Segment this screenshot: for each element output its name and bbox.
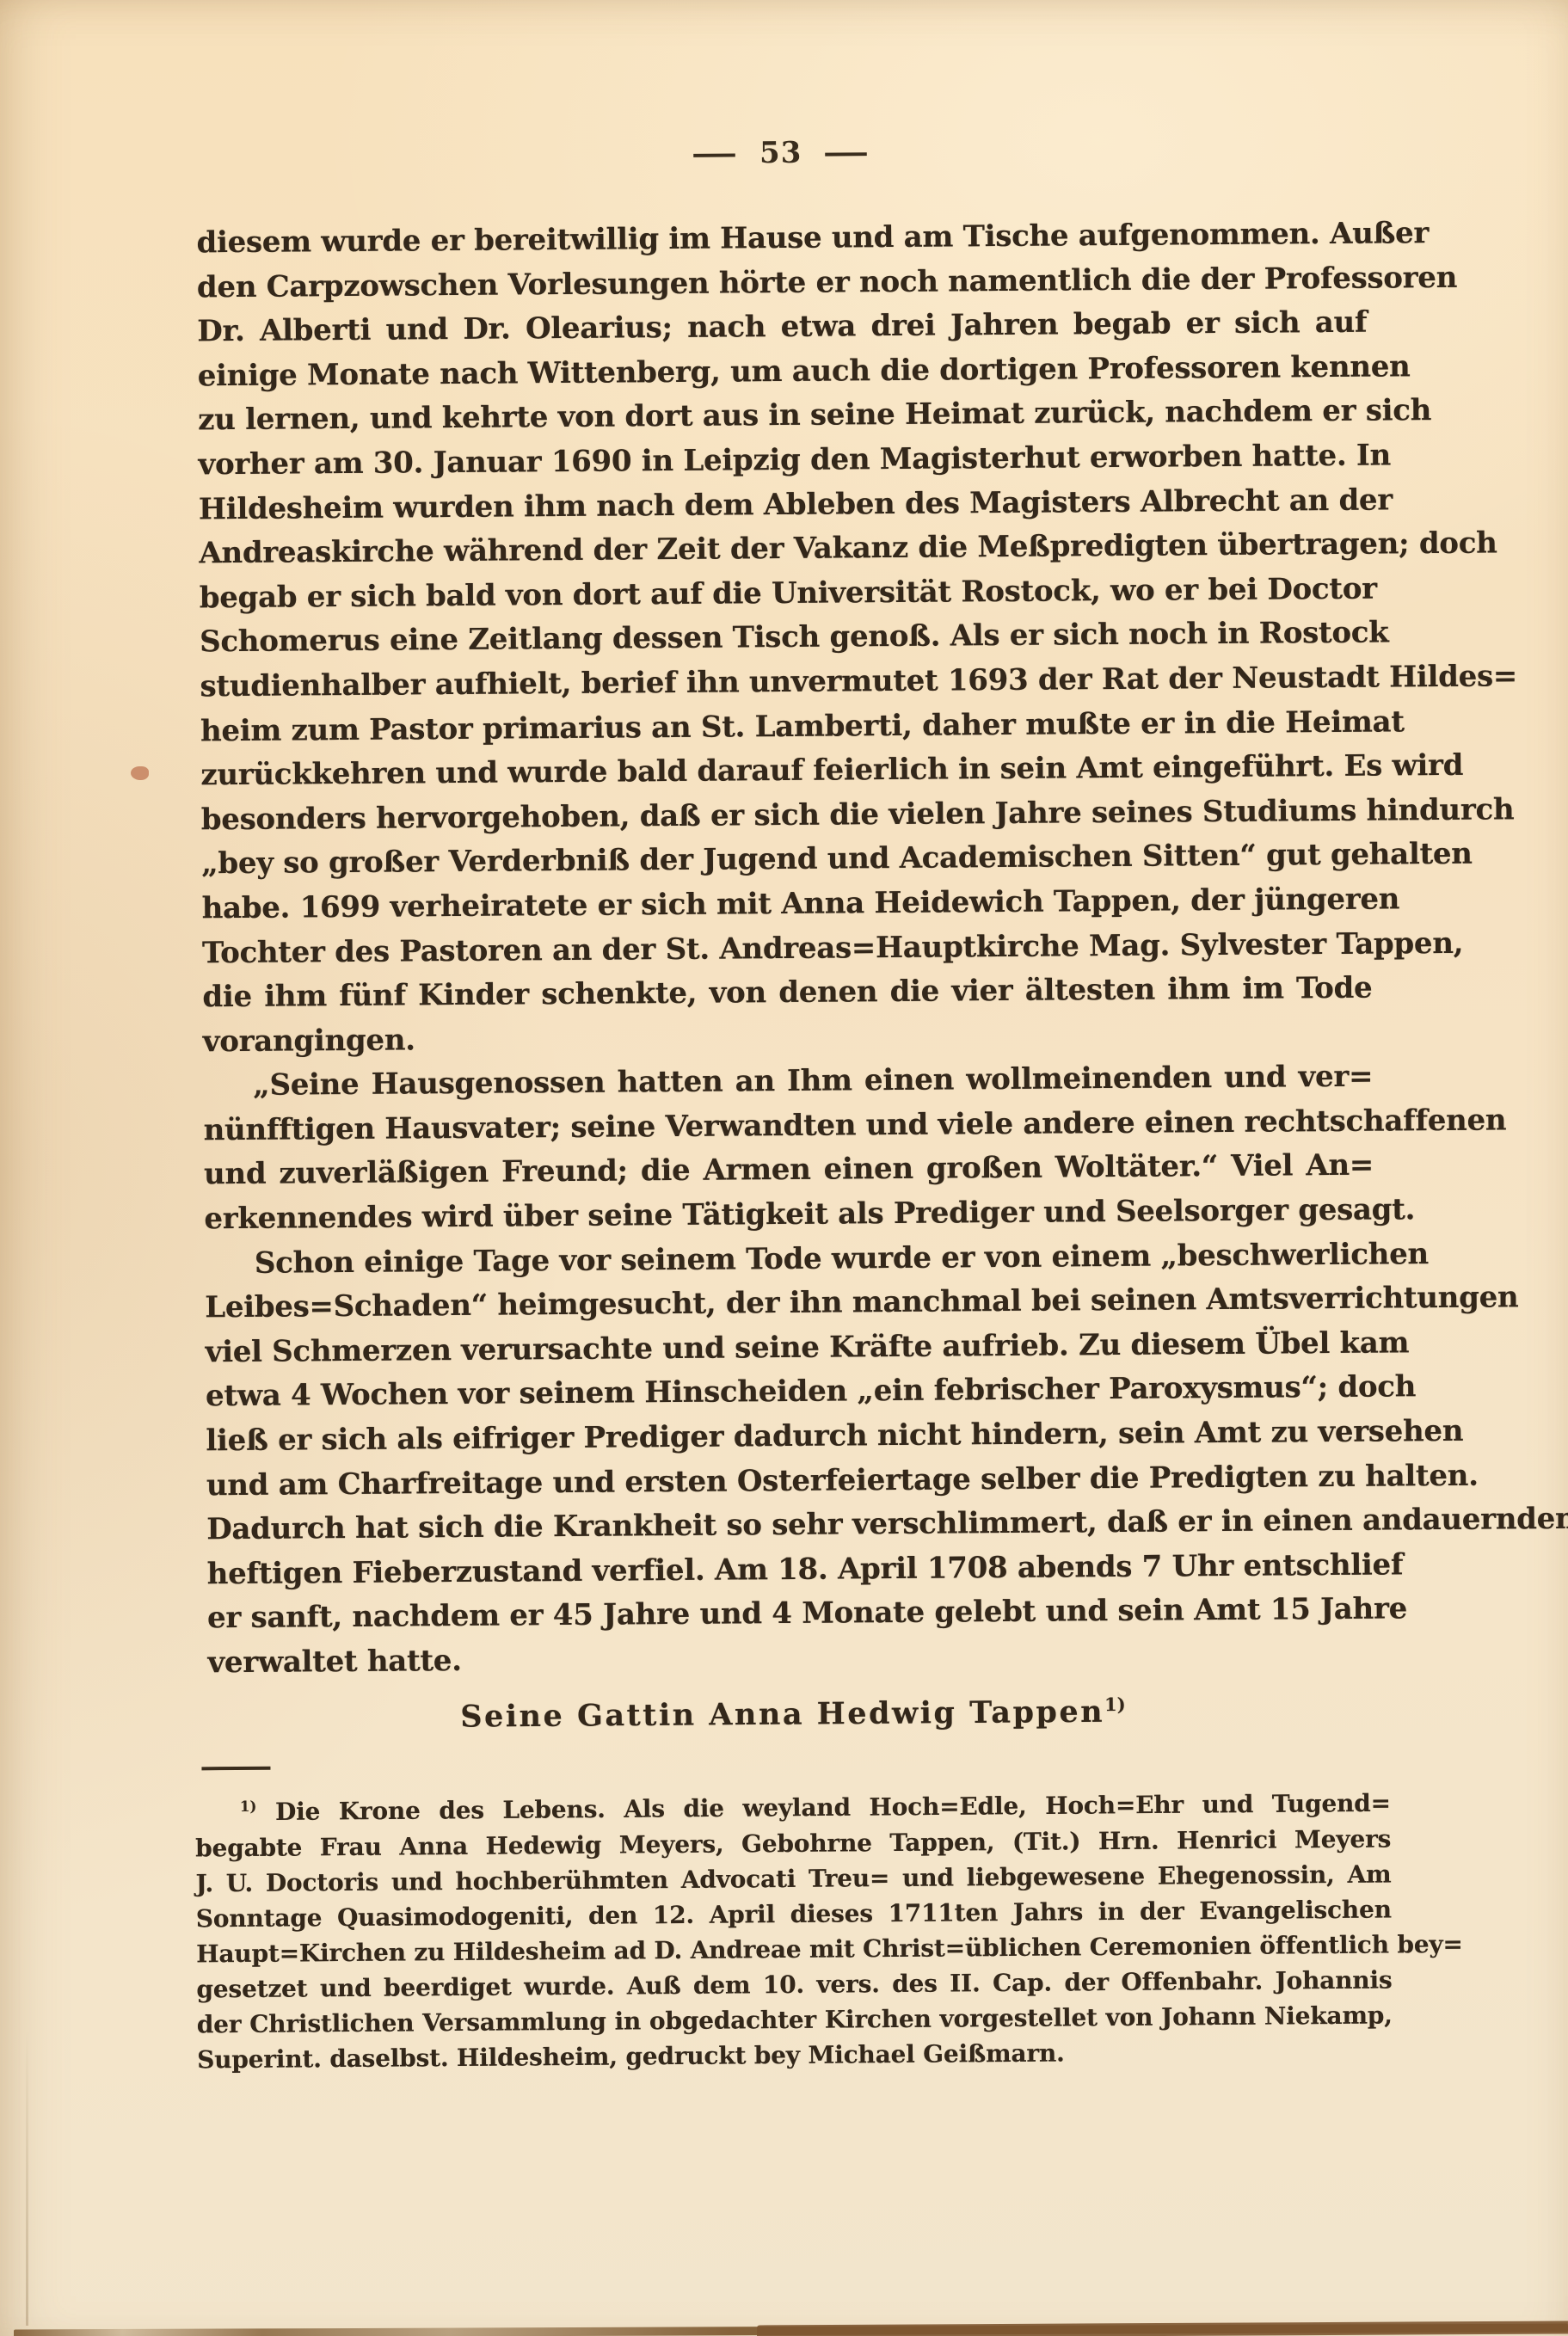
header-dash-left: — — [691, 136, 739, 170]
red-ink-dot — [131, 766, 149, 780]
text-line: die ihm fünf Kinder schenkte, von denen … — [202, 967, 1372, 1020]
dedication-text: Seine Gattin Anna Hedwig Tappen — [460, 1694, 1104, 1734]
paragraph-3: Schon einige Tage vor seinem Tode wurde … — [205, 1233, 1378, 1686]
footnote-separator-rule — [201, 1767, 270, 1771]
page-number-header: —53— — [196, 132, 1366, 175]
header-dash-right: — — [822, 135, 870, 169]
page-text: diesem wurde er bereitwillig im Hause un… — [196, 212, 1380, 2077]
scanned-text-area: —53— diesem wurde er bereitwillig im Hau… — [0, 0, 1568, 2336]
footnote-reference: 1) — [1104, 1693, 1126, 1714]
book-page: —53— diesem wurde er bereitwillig im Hau… — [0, 0, 1568, 2336]
footnote: 1) Die Krone des Lebens. Als die weyland… — [195, 1780, 1393, 2077]
paragraph-1: diesem wurde er bereitwillig im Hause un… — [196, 212, 1373, 1065]
left-page-crease — [26, 2030, 28, 2326]
footnote-marker: 1) — [240, 1798, 257, 1815]
paragraph-2: „Seine Hausgenossen hatten an Ihm einen … — [203, 1055, 1374, 1242]
page-number: 53 — [759, 136, 802, 170]
text-line: verwaltet hatte. — [207, 1632, 1377, 1686]
dedication-line: Seine Gattin Anna Hedwig Tappen1) — [208, 1680, 1378, 1741]
footnote-lines: begabte Frau Anna Hedewig Meyers, Gebohr… — [195, 1821, 1393, 2077]
text-line: er sanft, nachdem er 45 Jahre und 4 Mona… — [207, 1588, 1377, 1641]
footnote-line-text: Die Krone des Lebens. Als die weyland Ho… — [275, 1789, 1391, 1826]
